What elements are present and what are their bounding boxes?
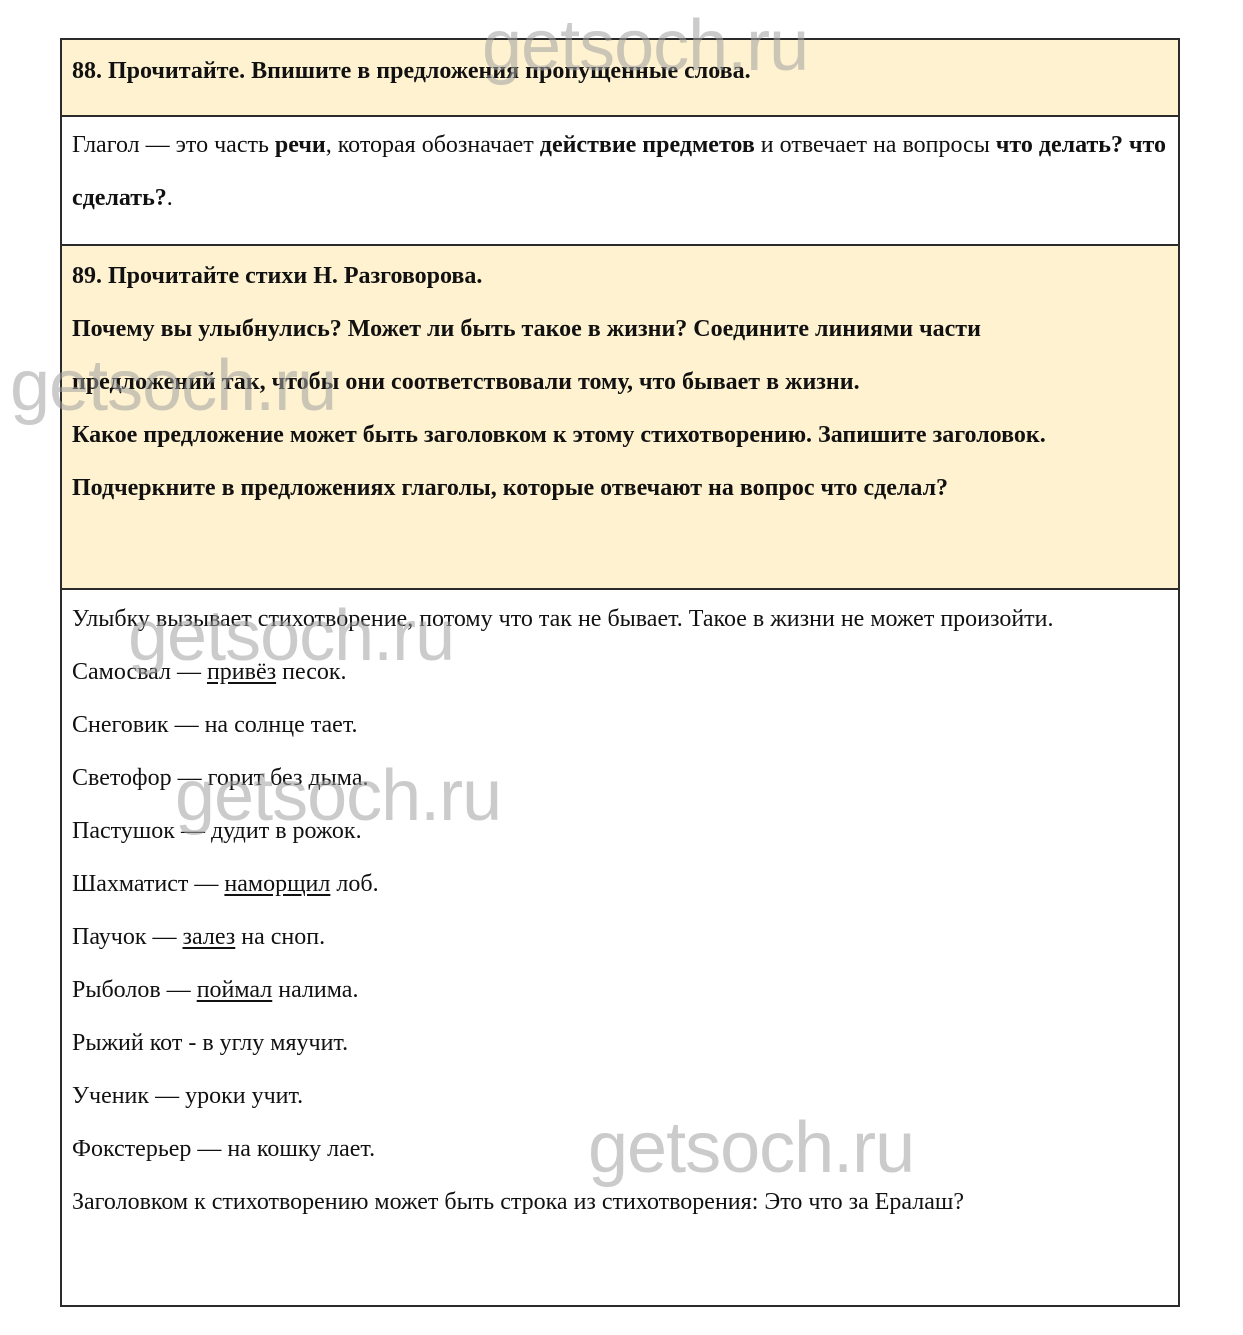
poem-line-text: Самосвал — [72, 659, 207, 685]
answer-88-text-part: , которая обозначает [326, 132, 540, 158]
poem-line: Паучок — залез на сноп. [72, 911, 1166, 964]
answer-88-keyword: речи [275, 132, 326, 158]
poem-line-text: Светофор — горит без дыма. [72, 765, 368, 791]
poem-line-text: Фокстерьер — на кошку лает. [72, 1136, 375, 1162]
poem-line: Ученик — уроки учит. [72, 1070, 1166, 1123]
task-88-title: 88. Прочитайте. Впишите в предложения пр… [72, 45, 1166, 98]
poem-line-text: Пастушок — дудит в рожок. [72, 818, 362, 844]
answer-88-text-part: Глагол — это часть [72, 132, 275, 158]
poem-line-text: лоб. [330, 871, 378, 897]
poem-line: Фокстерьер — на кошку лает. [72, 1123, 1166, 1176]
poem-line-text: Паучок — [72, 924, 183, 950]
answer-89-intro: Улыбку вызывает стихотворение, потому чт… [72, 593, 1166, 646]
task-89-instruction: Какое предложение может быть заголовком … [72, 409, 1132, 462]
answer-88-keyword: действие предметов [540, 132, 755, 158]
poem-line-text: Рыболов — [72, 977, 197, 1003]
answer-89-conclusion: Заголовком к стихотворению может быть ст… [72, 1176, 1166, 1229]
answer-88-text: Глагол — это часть речи, которая обознач… [72, 119, 1166, 225]
task-88-answer: Глагол — это часть речи, которая обознач… [62, 117, 1178, 246]
task-89-instruction: Почему вы улыбнулись? Может ли быть тако… [72, 303, 1112, 409]
task-89-instruction: Подчеркните в предложениях глаголы, кото… [72, 462, 1166, 515]
underlined-verb: поймал [197, 977, 273, 1003]
poem-line: Самосвал — привёз песок. [72, 646, 1166, 699]
poem-line-text: Шахматист — [72, 871, 224, 897]
poem-line: Рыболов — поймал налима. [72, 964, 1166, 1017]
exercise-table: 88. Прочитайте. Впишите в предложения пр… [60, 38, 1180, 1307]
poem-line-text: Рыжий кот - в углу мяучит. [72, 1030, 348, 1056]
poem-line-text: Ученик — уроки учит. [72, 1083, 303, 1109]
task-89-title: 89. Прочитайте стихи Н. Разговорова. [72, 250, 1166, 303]
poem-line: Снеговик — на солнце тает. [72, 699, 1166, 752]
poem-line: Пастушок — дудит в рожок. [72, 805, 1166, 858]
poem-line-text: на сноп. [235, 924, 325, 950]
task-88-header: 88. Прочитайте. Впишите в предложения пр… [62, 40, 1178, 117]
poem-line-text: налима. [272, 977, 358, 1003]
poem-line-text: песок. [276, 659, 346, 685]
poem-line-text: Снеговик — на солнце тает. [72, 712, 358, 738]
answer-88-text-part: и отвечает на вопросы [755, 132, 996, 158]
poem-line: Шахматист — наморщил лоб. [72, 858, 1166, 911]
poem-line: Светофор — горит без дыма. [72, 752, 1166, 805]
underlined-verb: залез [183, 924, 236, 950]
underlined-verb: привёз [207, 659, 276, 685]
answer-88-text-part: . [167, 185, 173, 211]
task-89-header: 89. Прочитайте стихи Н. Разговорова. Поч… [62, 246, 1178, 590]
poem-line: Рыжий кот - в углу мяучит. [72, 1017, 1166, 1070]
poem-lines: Самосвал — привёз песок.Снеговик — на со… [72, 646, 1166, 1176]
task-89-answer: Улыбку вызывает стихотворение, потому чт… [62, 590, 1178, 1305]
underlined-verb: наморщил [224, 871, 330, 897]
